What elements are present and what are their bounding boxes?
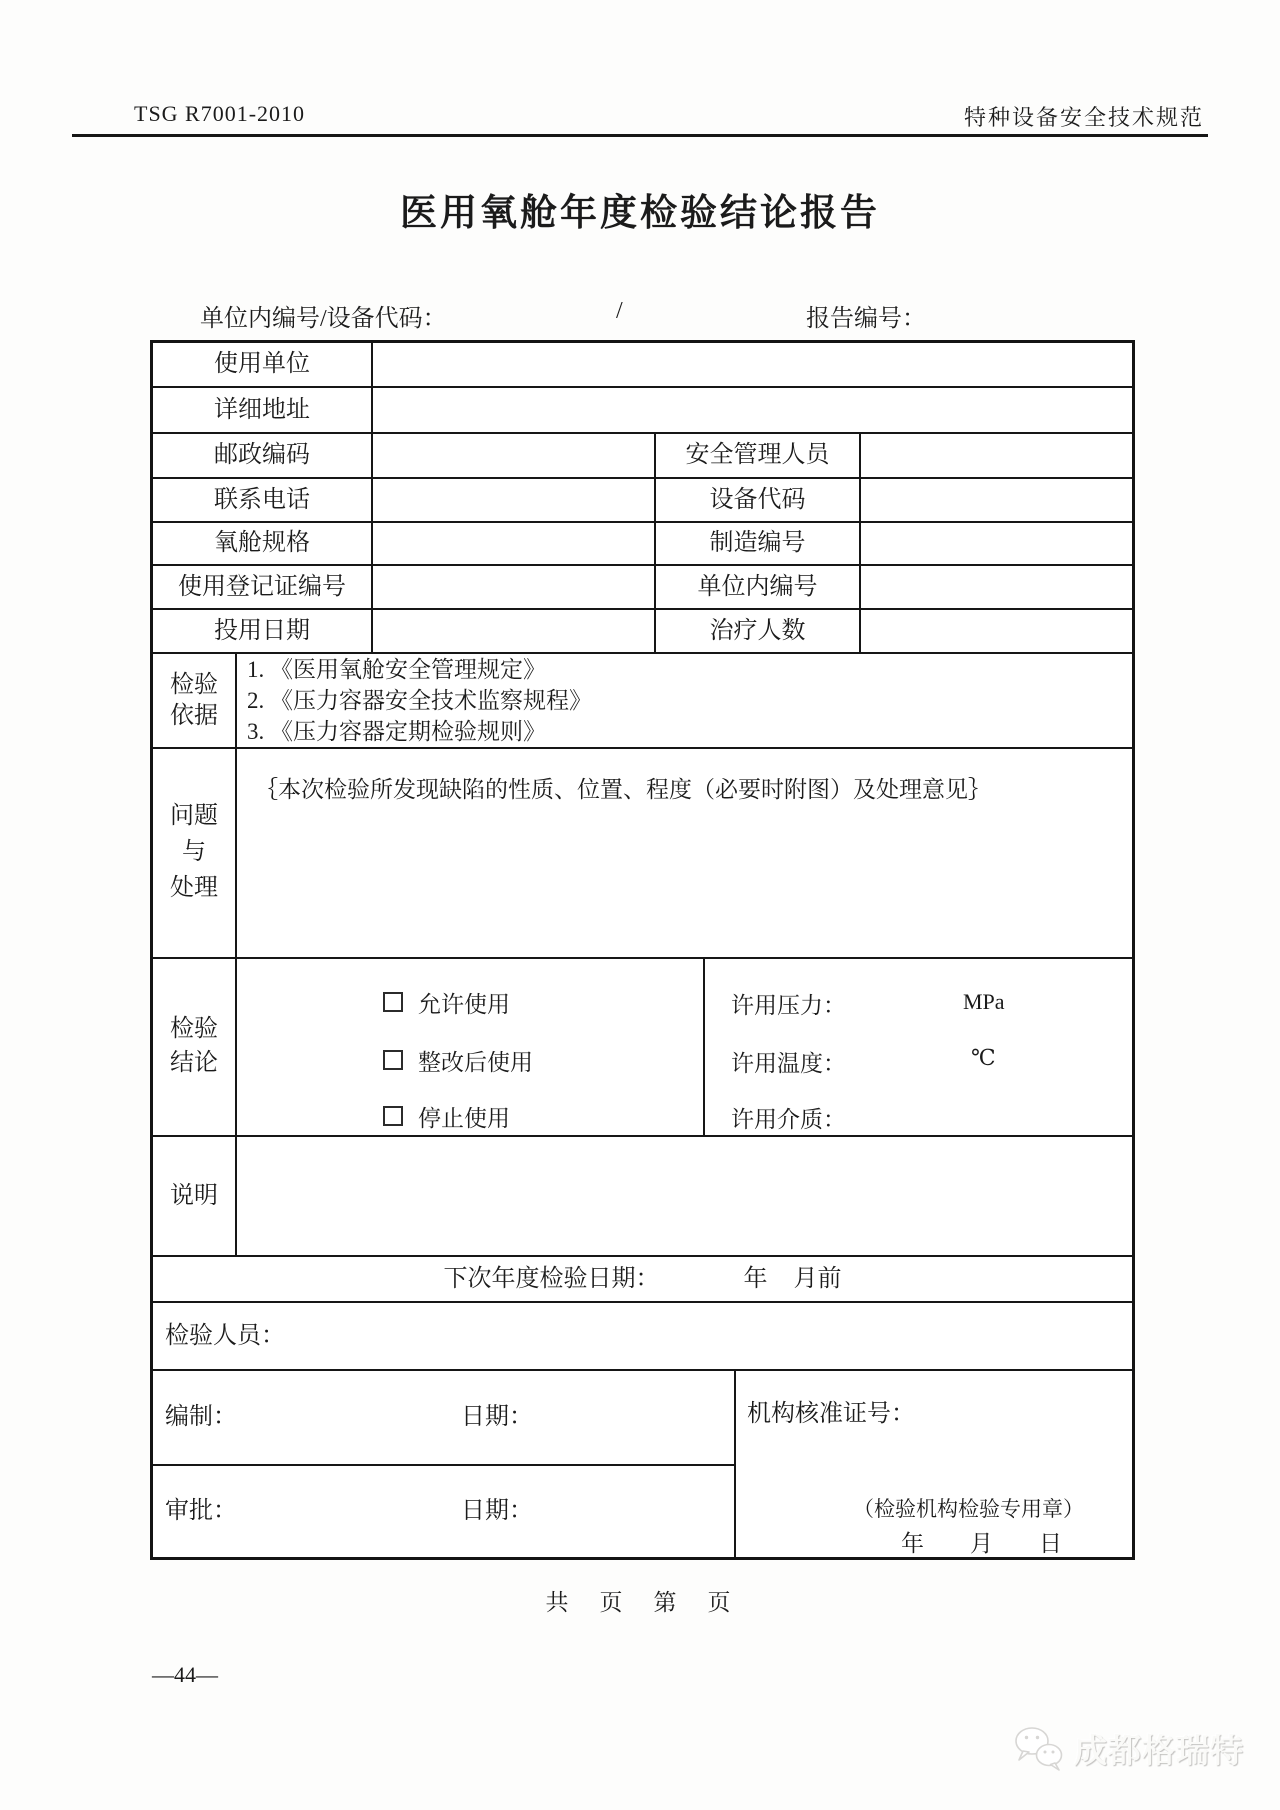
option-label: 整改后使用 (418, 1044, 533, 1077)
option-label: 停止使用 (418, 1100, 510, 1133)
patients-count-label: 治疗人数 (656, 610, 859, 652)
address-value-cell[interactable] (373, 388, 1132, 432)
conclusion-label-line: 结论 (170, 1046, 218, 1080)
postcode-label: 邮政编码 (153, 434, 371, 477)
grid-line (153, 747, 1132, 749)
month-suffix: 月前 (794, 1266, 842, 1292)
checkbox-icon[interactable] (383, 1050, 403, 1070)
unit-device-code-label: 单位内编号/设备代码： (200, 298, 447, 333)
chamber-spec-value-cell[interactable] (373, 523, 654, 564)
problems-value-cell[interactable] (237, 813, 1132, 955)
year-suffix: 年 (744, 1266, 768, 1292)
basis-label: 检验 依据 (153, 654, 235, 747)
registration-no-value-cell[interactable] (373, 566, 654, 608)
problems-label-line: 与 (182, 834, 206, 870)
notes-value-cell[interactable] (237, 1137, 1132, 1255)
wechat-logo-icon (1012, 1724, 1066, 1772)
permit-temp-unit: ℃ (971, 1045, 996, 1071)
permit-medium-label: 许用介质： (731, 1101, 846, 1134)
safety-manager-value-cell[interactable] (861, 434, 1132, 477)
commission-date-value-cell[interactable] (373, 610, 654, 652)
approve-date-label: 日期： (461, 1466, 533, 1557)
phone-label: 联系电话 (153, 479, 371, 521)
watermark: 成都格瑞特 (1012, 1724, 1244, 1772)
header-rule (72, 134, 1208, 137)
grid-line (153, 1369, 1132, 1371)
checkbox-icon[interactable] (383, 992, 403, 1012)
prepare-label: 编制： (165, 1371, 237, 1464)
conclusion-label: 检验 结论 (153, 957, 235, 1135)
inspectors-label: 检验人员： (165, 1303, 285, 1369)
problems-label: 问题 与 处理 (153, 747, 235, 957)
option-stop-use[interactable]: 停止使用 (383, 1101, 510, 1131)
basis-label-line: 依据 (170, 701, 218, 732)
registration-no-label: 使用登记证编号 (153, 566, 371, 608)
permit-temp-label: 许用温度： (731, 1045, 846, 1078)
chamber-spec-label: 氧舱规格 (153, 523, 371, 564)
watermark-text: 成都格瑞特 (1074, 1725, 1244, 1772)
permit-pressure-label: 许用压力： (731, 987, 846, 1020)
pagination: 共 页 第 页 (0, 1584, 1280, 1617)
unit-device-separator: / (616, 298, 623, 325)
option-label: 允许使用 (418, 986, 510, 1019)
internal-no-label: 单位内编号 (656, 566, 859, 608)
grid-line (734, 1369, 736, 1557)
approve-label: 审批： (165, 1466, 237, 1557)
stamp-note: （检验机构检验专用章） (853, 1493, 1084, 1523)
mfg-no-label: 制造编号 (656, 523, 859, 564)
next-inspection-label: 下次年度检验日期： (444, 1266, 660, 1292)
patients-count-value-cell[interactable] (861, 610, 1132, 652)
next-inspection-row: 下次年度检验日期：年月前 (153, 1257, 1132, 1301)
address-label: 详细地址 (153, 388, 371, 432)
notes-label: 说明 (153, 1137, 235, 1255)
commission-date-label: 投用日期 (153, 610, 371, 652)
report-no-label: 报告编号： (806, 298, 926, 333)
mfg-no-value-cell[interactable] (861, 523, 1132, 564)
basis-item: 3. 《压力容器定期检验规则》 (247, 716, 592, 747)
conclusion-label-line: 检验 (170, 1012, 218, 1046)
inspectors-value-cell[interactable] (303, 1303, 1123, 1369)
problems-note: ｛本次检验所发现缺陷的性质、位置、程度（必要时附图）及处理意见｝ (255, 771, 991, 804)
grid-line (153, 1464, 734, 1466)
spec-title: 特种设备安全技术规范 (964, 101, 1204, 132)
use-unit-value-cell[interactable] (373, 343, 1132, 386)
problems-label-line: 处理 (170, 870, 218, 906)
grid-line (153, 957, 1132, 959)
document-page: TSG R7001-2010 特种设备安全技术规范 医用氧舱年度检验结论报告 单… (0, 0, 1280, 1810)
basis-item: 2. 《压力容器安全技术监察规程》 (247, 685, 592, 716)
page-title: 医用氧舱年度检验结论报告 (0, 182, 1280, 236)
problems-label-line: 问题 (170, 798, 218, 834)
use-unit-label: 使用单位 (153, 343, 371, 386)
prepare-date-label: 日期： (461, 1371, 533, 1464)
basis-items: 1. 《医用氧舱安全管理规定》 2. 《压力容器安全技术监察规程》 3. 《压力… (247, 654, 592, 747)
option-use-after-rectification[interactable]: 整改后使用 (383, 1045, 533, 1075)
checkbox-icon[interactable] (383, 1106, 403, 1126)
basis-item: 1. 《医用氧舱安全管理规定》 (247, 654, 592, 685)
device-code-value-cell[interactable] (861, 479, 1132, 521)
safety-manager-label: 安全管理人员 (656, 434, 859, 477)
page-number: —44— (152, 1662, 218, 1688)
option-allow-use[interactable]: 允许使用 (383, 987, 510, 1017)
basis-label-line: 检验 (170, 670, 218, 701)
grid-line (703, 957, 705, 1137)
phone-value-cell[interactable] (373, 479, 654, 521)
permit-pressure-unit: MPa (963, 989, 1005, 1015)
internal-no-value-cell[interactable] (861, 566, 1132, 608)
inspection-form-table: 使用单位 详细地址 邮政编码 安全管理人员 联系电话 设备代码 氧舱规格 制造编… (150, 340, 1135, 1560)
device-code-label: 设备代码 (656, 479, 859, 521)
stamp-date-line: 年 月 日 (901, 1525, 1062, 1558)
org-cert-label: 机构核准证号： (747, 1393, 915, 1428)
postcode-value-cell[interactable] (373, 434, 654, 477)
doc-code: TSG R7001-2010 (134, 101, 305, 127)
